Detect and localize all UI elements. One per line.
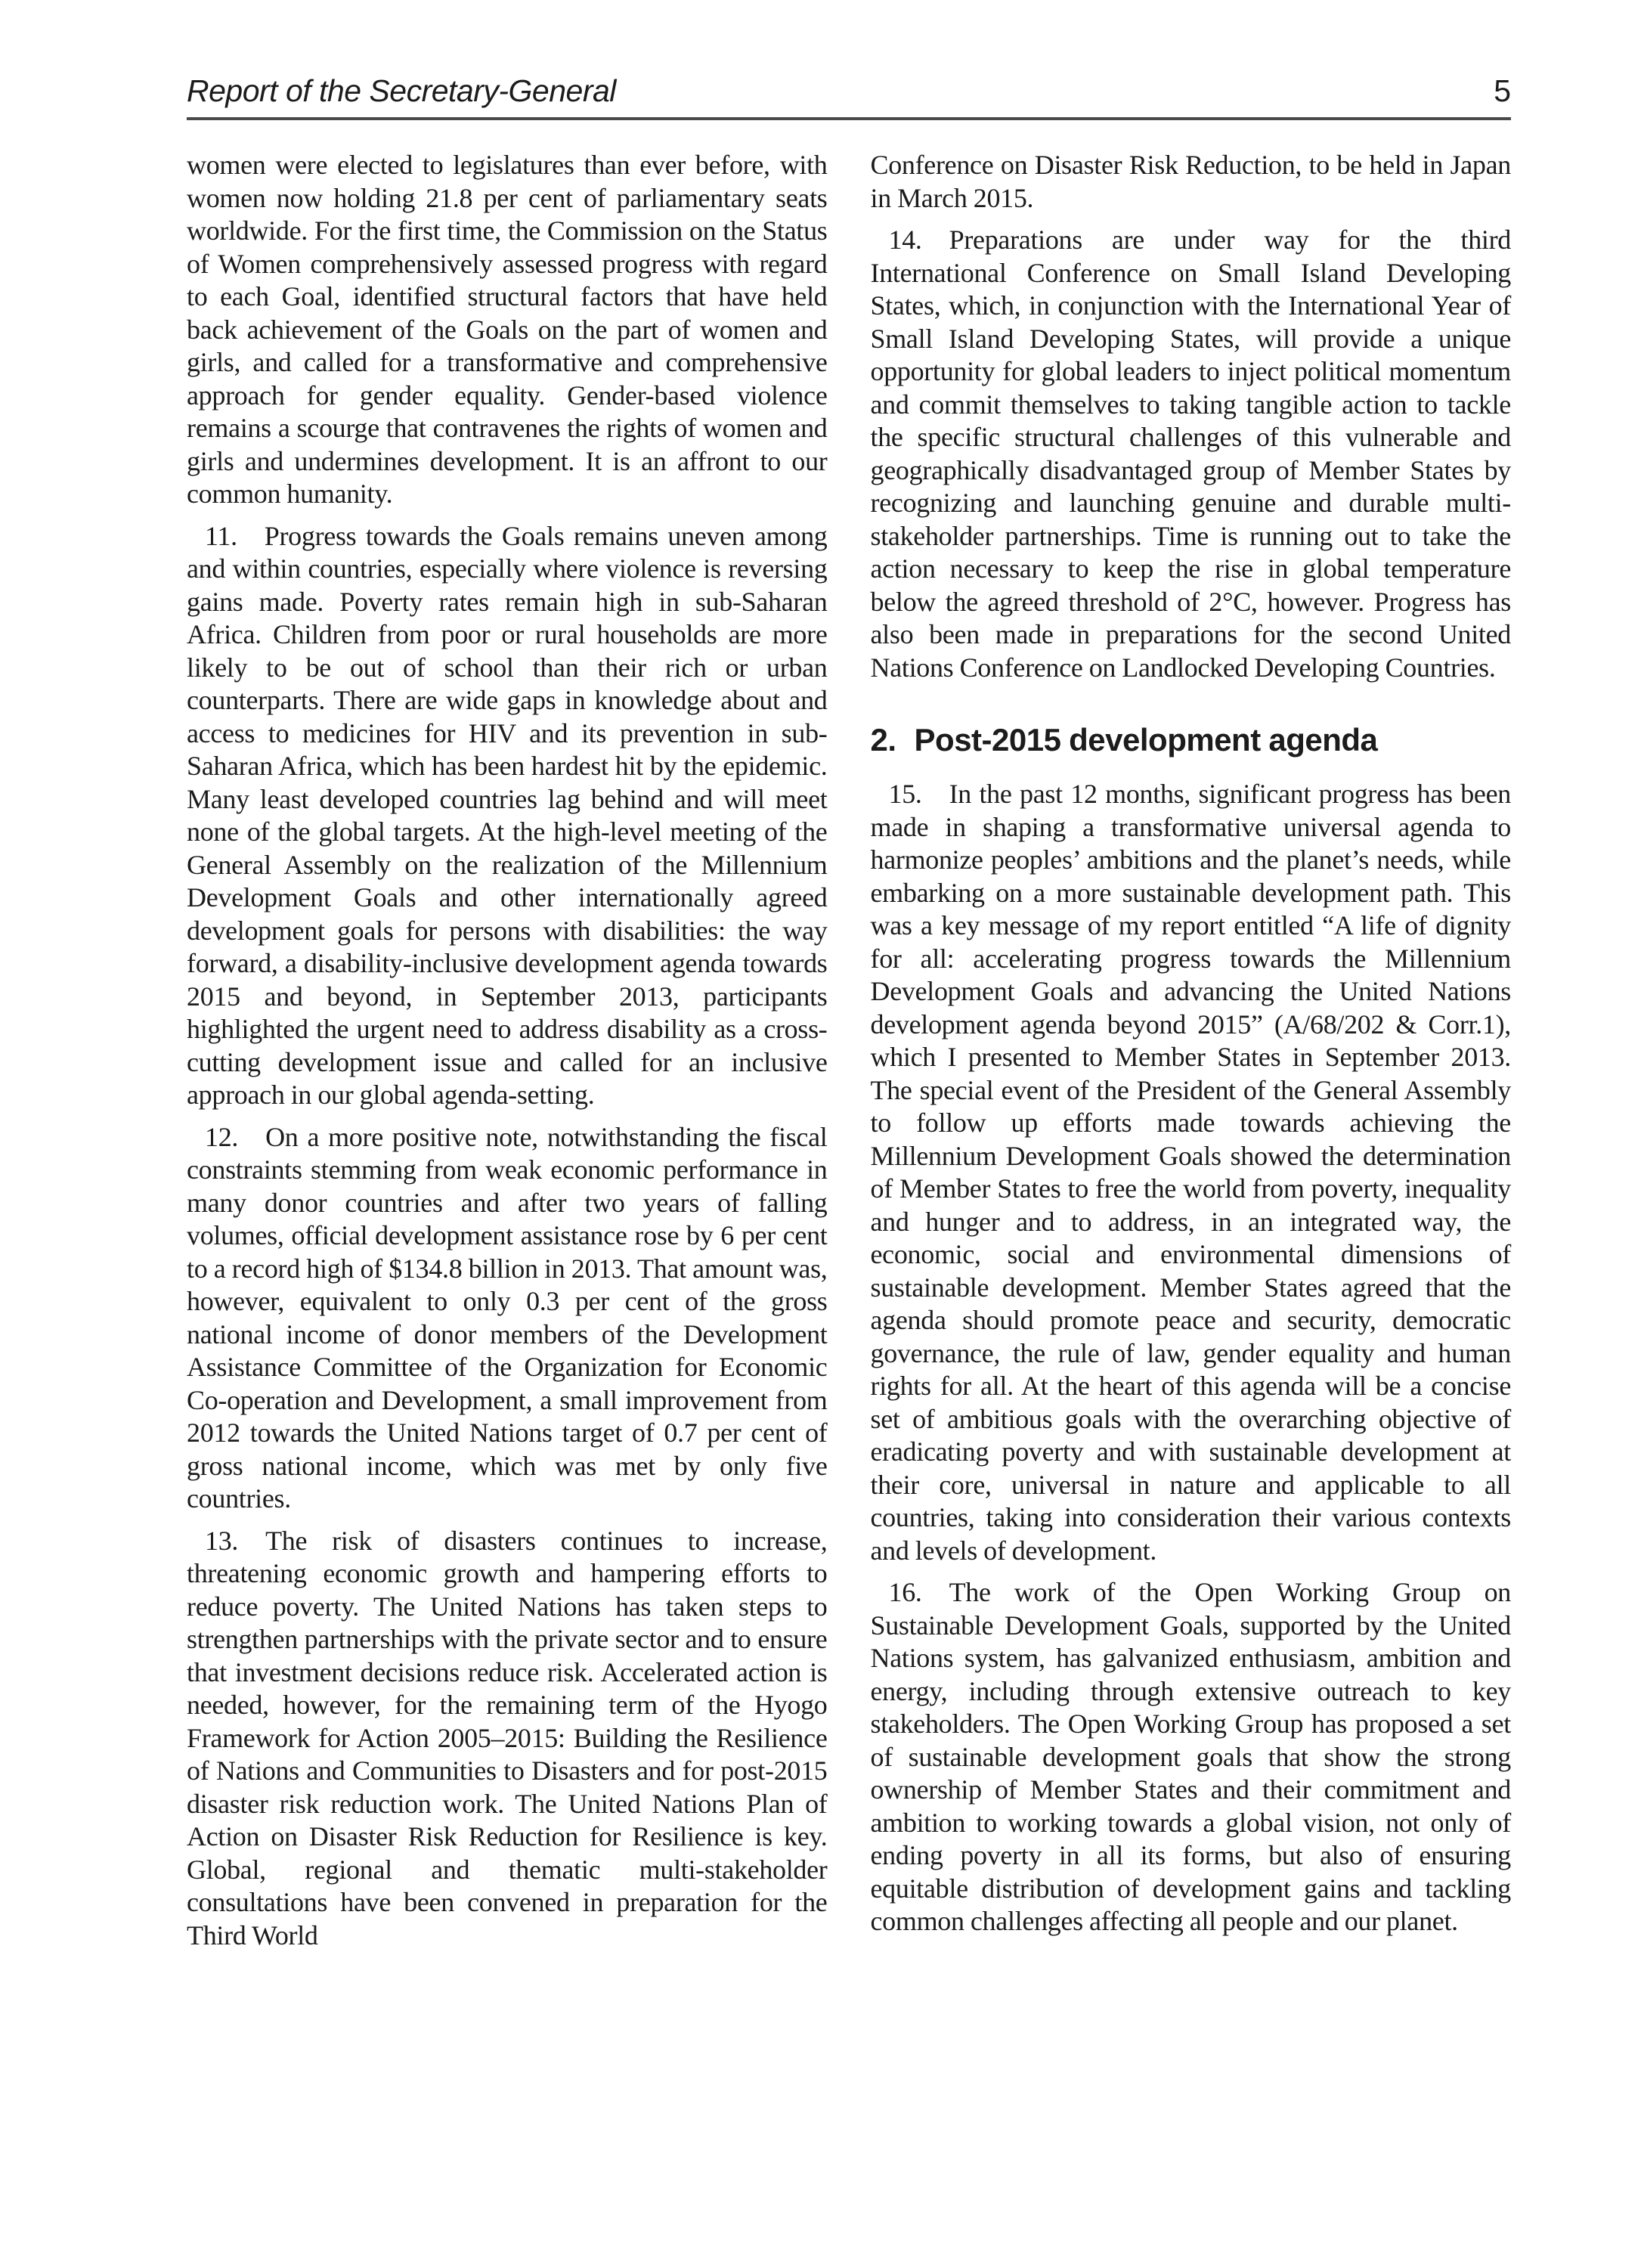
paragraph-number: 11. <box>205 521 237 551</box>
paragraph-text: women were elected to legislatures than … <box>187 150 828 509</box>
paragraph-12: 12.On a more positive note, notwithstand… <box>187 1121 828 1516</box>
paragraph-15: 15.In the past 12 months, significant pr… <box>871 778 1512 1567</box>
paragraph-text: On a more positive note, notwithstanding… <box>187 1122 828 1514</box>
paragraph-13: 13.The risk of disasters continues to in… <box>187 1525 828 1953</box>
paragraph-text: The work of the Open Working Group on Su… <box>871 1577 1512 1936</box>
right-column: Conference on Disaster Risk Reduction, t… <box>871 149 1512 1961</box>
continued-paragraph: women were elected to legislatures than … <box>187 149 828 511</box>
paragraph-number: 13. <box>205 1526 238 1556</box>
paragraph-number: 14. <box>889 225 922 255</box>
paragraph-16: 16.The work of the Open Working Group on… <box>871 1576 1512 1938</box>
page-header: Report of the Secretary-General 5 <box>187 74 1511 108</box>
paragraph-text: Progress towards the Goals remains uneve… <box>187 521 828 1111</box>
page-number: 5 <box>1494 74 1511 108</box>
paragraph-text: Conference on Disaster Risk Reduction, t… <box>871 150 1512 213</box>
paragraph-text: Preparations are under way for the third… <box>871 225 1512 683</box>
two-column-body: women were elected to legislatures than … <box>187 149 1511 1961</box>
paragraph-number: 12. <box>205 1122 238 1152</box>
paragraph-text: In the past 12 months, significant progr… <box>871 779 1512 1566</box>
section-heading-text: Post-2015 development agenda <box>915 722 1378 758</box>
paragraph-number: 15. <box>889 779 922 809</box>
paragraph-11: 11.Progress towards the Goals remains un… <box>187 520 828 1112</box>
paragraph-text: The risk of disasters continues to incre… <box>187 1526 828 1950</box>
section-heading-number: 2. <box>871 722 896 758</box>
continued-paragraph: Conference on Disaster Risk Reduction, t… <box>871 149 1512 215</box>
section-heading: 2.Post-2015 development agenda <box>871 722 1512 758</box>
paragraph-number: 16. <box>889 1577 922 1607</box>
document-page: Report of the Secretary-General 5 women … <box>0 0 1644 2268</box>
paragraph-14: 14.Preparations are under way for the th… <box>871 224 1512 684</box>
left-column: women were elected to legislatures than … <box>187 149 828 1961</box>
header-rule <box>187 117 1511 120</box>
running-title: Report of the Secretary-General <box>187 74 616 108</box>
